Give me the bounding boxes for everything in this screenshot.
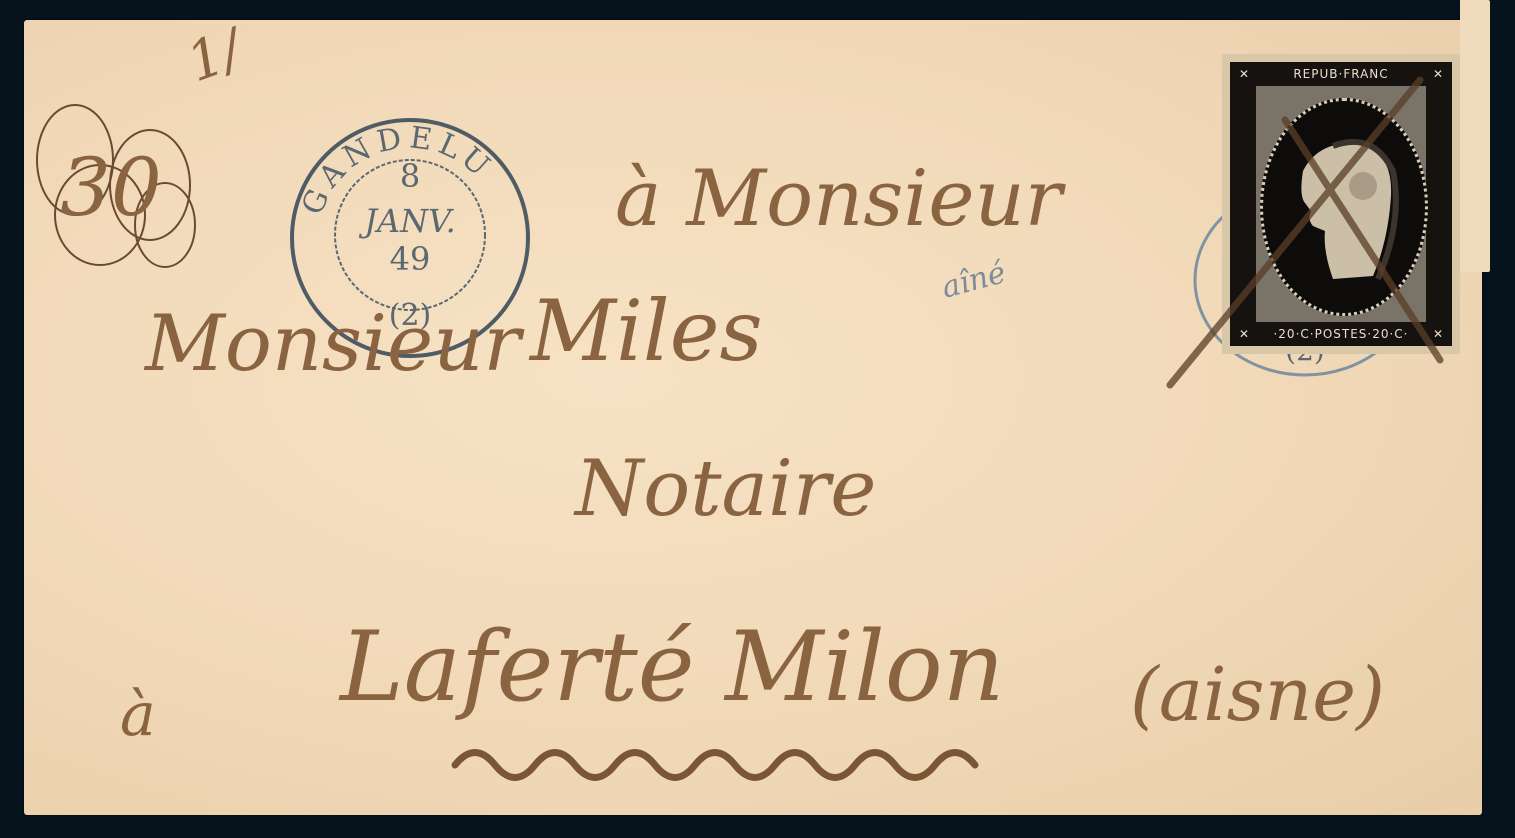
- pen-cancel-layer: [0, 0, 1515, 838]
- pen-cross-cancel: [1170, 80, 1440, 385]
